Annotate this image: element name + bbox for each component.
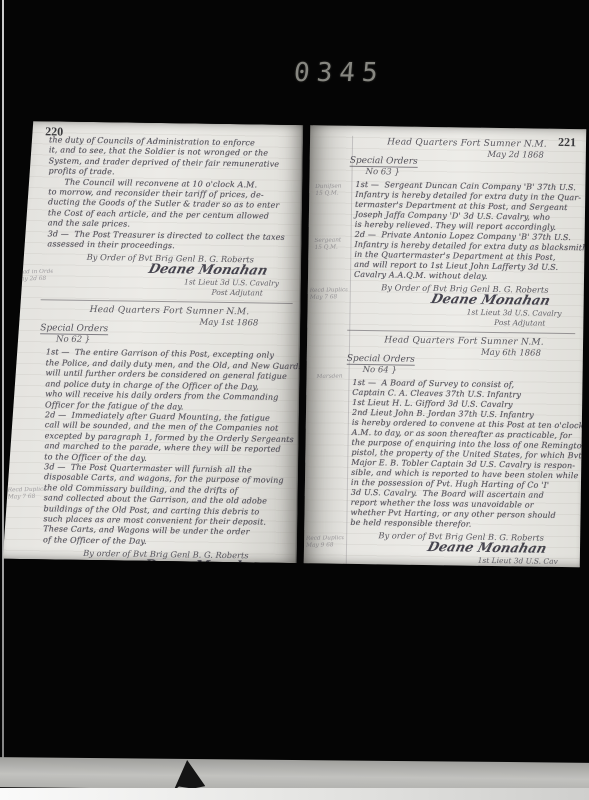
continuation-paragraphs: the duty of Councils of Administration t… bbox=[47, 135, 295, 253]
handwriting-line: Cavalry A.A.Q.M. without delay. bbox=[354, 270, 576, 283]
margin-note: Sergeant 15 Q.M. bbox=[314, 237, 352, 252]
separator-rule bbox=[347, 330, 575, 334]
order-63-body: 1st — Sergeant Duncan Cain Company 'B' 3… bbox=[354, 180, 577, 283]
special-orders-label: Special Orders bbox=[40, 324, 108, 336]
margin-note: Recd Duplicate May 7 68 bbox=[8, 487, 46, 502]
microfilm-scan: 0345 220 Read in Order May 2d 68 Recd Du… bbox=[0, 0, 589, 800]
margin-note-line: May 7 68 bbox=[8, 494, 46, 502]
order-64-body: 1st — A Board of Survey to consist of,Ca… bbox=[350, 378, 574, 531]
order-62-body: 1st — The entire Garrison of this Post, … bbox=[43, 348, 292, 549]
special-orders-label: Special Orders bbox=[350, 156, 418, 168]
margin-note: Recd Duplicate May 7 68 bbox=[310, 287, 348, 302]
order-closing: By Order of Bvt Brig Genl B. G. Roberts … bbox=[47, 252, 294, 299]
margin-note-line: 15 Q.M. bbox=[314, 244, 352, 252]
order-closing: By Order of Bvt Brig Genl B. G. Roberts … bbox=[353, 282, 576, 328]
order-64-header: Head Quarters Fort Sumner N.M. Special O… bbox=[353, 335, 576, 378]
film-bottom-strip bbox=[0, 788, 589, 800]
signature-title: Post Adjutant bbox=[353, 315, 575, 328]
order-closing: By order of Bvt Brig Genl B. G. Roberts … bbox=[350, 530, 573, 567]
margin-note-line: 15 Q.M. bbox=[315, 190, 353, 198]
order-date: May 6th 1868 bbox=[481, 348, 541, 359]
handwriting-line: assessed in their proceedings. bbox=[47, 239, 293, 253]
page-left: 220 Read in Order May 2d 68 Recd Duplica… bbox=[3, 121, 303, 563]
handwriting-line: be held responsible therefor. bbox=[350, 518, 572, 531]
separator-rule bbox=[41, 300, 293, 305]
special-orders-number: No 62 } bbox=[56, 335, 108, 346]
handwriting-line: of the Officer of the Day. bbox=[43, 535, 289, 549]
order-date: May 1st 1868 bbox=[199, 318, 258, 329]
film-frame-counter: 0345 bbox=[293, 58, 386, 88]
margin-note: Recd Duplicate May 9 68 bbox=[306, 535, 344, 550]
special-orders-label: Special Orders bbox=[347, 354, 415, 366]
page-right-content: Head Quarters Fort Sumner N.M. Special O… bbox=[350, 136, 578, 567]
margin-note: Dunifsen 15 Q.M. bbox=[315, 183, 353, 198]
special-orders-number: No 64 } bbox=[363, 365, 415, 376]
page-left-content: the duty of Councils of Administration t… bbox=[42, 135, 295, 563]
order-date: May 2d 1868 bbox=[487, 150, 544, 161]
order-62-header: Head Quarters Fort Sumner N.M. Special O… bbox=[46, 305, 293, 349]
page-right: 221 Dunifsen 15 Q.M. Sergeant 15 Q.M. Re… bbox=[304, 125, 586, 567]
margin-note-line: May 9 68 bbox=[306, 542, 344, 550]
order-63-header: Head Quarters Fort Sumner N.M. Special O… bbox=[356, 137, 579, 180]
order-closing: By order of Bvt Brig Genl B. G. Roberts … bbox=[42, 547, 288, 563]
book-spread: 220 Read in Order May 2d 68 Recd Duplica… bbox=[3, 121, 585, 569]
film-edge-highlight bbox=[2, 0, 4, 768]
margin-note-line: May 7 68 bbox=[310, 294, 348, 302]
special-orders-number: No 63 } bbox=[365, 167, 417, 178]
